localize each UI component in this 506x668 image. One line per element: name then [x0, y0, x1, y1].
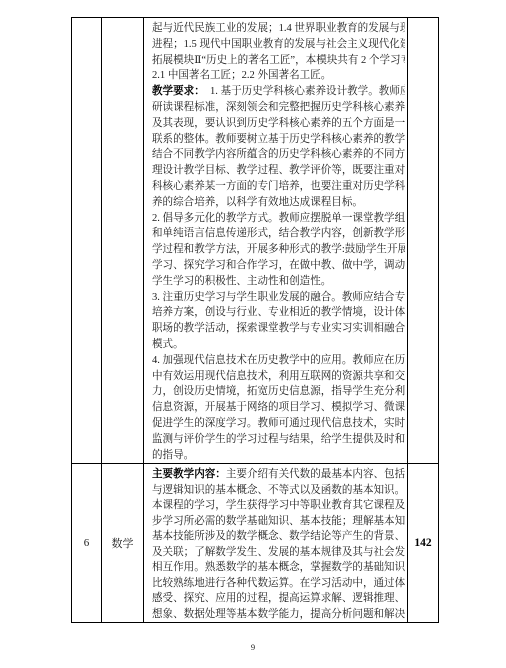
line-text: 联系的整体。教师要树立基于历史学科核心素养的教学理念， — [152, 134, 405, 145]
course-subject: 数学 — [112, 535, 134, 551]
line-text: 2. 倡导多元化的教学方式。教师应摆脱单一课堂教学组织形式 — [152, 213, 405, 224]
line-text: 和单纯语言信息传递形式，结合教学内容，创新教学形式、教 — [152, 228, 405, 239]
line-text: 与逻辑知识的基本概念、不等式以及函数的基本知识。通过 — [152, 485, 405, 496]
course-content-cell: 起与近代民族工业的发展；1.4 世界职业教育的发展与现代化 进程；1.5 现代中… — [144, 18, 408, 464]
bold-label: 主要教学内容： — [152, 469, 226, 480]
line-text: 及关联；了解数学发生、发展的基本规律及其与社会发展的 — [152, 547, 405, 558]
course-number-cell: 6 — [72, 464, 102, 623]
text-line: 和单纯语言信息传递形式，结合教学内容，创新教学形式、教 — [152, 226, 405, 242]
line-text: 中有效运用现代信息技术，利用互联网的资源共享和交互能 — [152, 371, 405, 382]
line-text: 本课程的学习，学生获得学习中等职业教育其它课程及进一 — [152, 500, 405, 511]
line-text: 研读课程标准，深刻领会和完整把握历史学科核心素养的内涵 — [152, 102, 405, 113]
text-line: 2.1 中国著名工匠；2.2 外国著名工匠。 — [152, 68, 405, 84]
line-text: 模式。 — [152, 339, 184, 350]
text-line: 基本技能所涉及的数学概念、数学结论等产生的背景、应用 — [152, 529, 405, 545]
text-line: 力，创设历史情境，拓宽历史信息源，指导学生充分利用各种 — [152, 384, 405, 400]
course-hours-cell: 142 — [408, 464, 439, 623]
text-line: 进程；1.5 现代中国职业教育的发展与社会主义现代化建设。 — [152, 37, 405, 53]
text-line: 与逻辑知识的基本概念、不等式以及函数的基本知识。通过 — [152, 483, 405, 499]
line-text: 科核心素养某一方面的专门培养，也要注重对历史学科核心素 — [152, 181, 405, 192]
text-line: 2. 倡导多元化的教学方式。教师应摆脱单一课堂教学组织形式 — [152, 211, 405, 227]
line-text: 信息资源，开展基于网络的项目学习、模拟学习、微课学习， — [152, 402, 405, 413]
text-line: 比较熟练地进行各种代数运算。在学习活动中，通过体验、 — [152, 576, 405, 592]
text-line: 结合不同教学内容所蕴含的历史学科核心素养的不同方面，合 — [152, 147, 405, 163]
text-line: 研读课程标准，深刻领会和完整把握历史学科核心素养的内涵 — [152, 100, 405, 116]
line-text: 的指导。 — [152, 450, 194, 461]
line-text: 学过程和教学方法，开展多种形式的教学:鼓励学生开展自主 — [152, 244, 405, 255]
course-hours-cell — [408, 18, 439, 464]
line-text: 基本技能所涉及的数学概念、数学结论等产生的背景、应用 — [152, 531, 405, 542]
line-text: 拓展模块Ⅱ“历史上的著名工匠”，本模块共有 2 个学习专题。 — [152, 55, 405, 66]
text-line: 科核心素养某一方面的专门培养，也要注重对历史学科核心素 — [152, 179, 405, 195]
text-line: 教学要求： 1. 基于历史学科核心素养设计教学。教师应认真 — [152, 84, 405, 100]
course-number: 6 — [84, 537, 90, 549]
text-line: 中有效运用现代信息技术，利用互联网的资源共享和交互能 — [152, 369, 405, 385]
line-text: 理设计教学目标、教学过程、教学评价等，既要注重对历史学 — [152, 165, 405, 176]
line-text: 学生学习的积极性、主动性和创造性。 — [152, 276, 331, 287]
text-line: 步学习所必需的数学基础知识、基本技能；理解基本知识、 — [152, 514, 405, 530]
text-line: 促进学生的深度学习。教师可通过现代信息技术，实时、动态 — [152, 416, 405, 432]
line-text: 2.1 中国著名工匠；2.2 外国著名工匠。 — [152, 70, 331, 81]
line-text: 结合不同教学内容所蕴含的历史学科核心素养的不同方面，合 — [152, 149, 405, 160]
line-text: 起与近代民族工业的发展；1.4 世界职业教育的发展与现代化 — [152, 23, 405, 34]
text-line: 起与近代民族工业的发展；1.4 世界职业教育的发展与现代化 — [152, 21, 405, 37]
line-text: 主要介绍有关代数的最基本内容、包括集合 — [226, 469, 405, 480]
line-text: 养的综合培养，以科学有效地达成课程目标。 — [152, 197, 363, 208]
text-line: 想象、数据处理等基本数学能力，提高分析问题和解决问题 — [152, 607, 405, 623]
line-text: 3. 注重历史学习与学生职业发展的融合。教师应结合专业人才 — [152, 292, 405, 303]
line-text: 培养方案，创设与行业、专业相近的教学情境，设计体验未来 — [152, 307, 405, 318]
text-line: 理设计教学目标、教学过程、教学评价等，既要注重对历史学 — [152, 163, 405, 179]
text-line: 养的综合培养，以科学有效地达成课程目标。 — [152, 195, 405, 211]
course-number-cell — [72, 18, 102, 464]
text-line: 监测与评价学生的学习过程与结果，给学生提供及时和针对性 — [152, 432, 405, 448]
document-page: 起与近代民族工业的发展；1.4 世界职业教育的发展与现代化 进程；1.5 现代中… — [0, 0, 506, 668]
text-line: 模式。 — [152, 337, 405, 353]
text-line: 本课程的学习，学生获得学习中等职业教育其它课程及进一 — [152, 498, 405, 514]
text-line: 主要教学内容：主要介绍有关代数的最基本内容、包括集合 — [152, 467, 405, 483]
line-text: 步学习所必需的数学基础知识、基本技能；理解基本知识、 — [152, 516, 405, 527]
text-line: 学习、探究学习和合作学习，在做中教、做中学，调动和发挥 — [152, 258, 405, 274]
line-text: 监测与评价学生的学习过程与结果，给学生提供及时和针对性 — [152, 434, 405, 445]
text-line: 学过程和教学方法，开展多种形式的教学:鼓励学生开展自主 — [152, 242, 405, 258]
course-subject-cell: 数学 — [102, 464, 144, 623]
text-line: 职场的教学活动，探索课堂教学与专业实习实训相融合的教学 — [152, 321, 405, 337]
text-line: 学生学习的积极性、主动性和创造性。 — [152, 274, 405, 290]
text-line: 的指导。 — [152, 448, 405, 464]
line-text: 职场的教学活动，探索课堂教学与专业实习实训相融合的教学 — [152, 323, 405, 334]
course-content-cell: 主要教学内容：主要介绍有关代数的最基本内容、包括集合 与逻辑知识的基本概念、不等… — [144, 464, 408, 623]
course-hours: 142 — [414, 537, 431, 549]
text-line: 感受、探究、应用的过程，提高运算求解、逻辑推理、空间 — [152, 591, 405, 607]
line-text: 促进学生的深度学习。教师可通过现代信息技术，实时、动态 — [152, 418, 405, 429]
line-text: 学习、探究学习和合作学习，在做中教、做中学，调动和发挥 — [152, 260, 405, 271]
text-line: 拓展模块Ⅱ“历史上的著名工匠”，本模块共有 2 个学习专题。 — [152, 53, 405, 69]
line-text: 力，创设历史情境，拓宽历史信息源，指导学生充分利用各种 — [152, 386, 405, 397]
line-text: 想象、数据处理等基本数学能力，提高分析问题和解决问题 — [152, 609, 405, 620]
line-text: 感受、探究、应用的过程，提高运算求解、逻辑推理、空间 — [152, 593, 405, 604]
text-line: 信息资源，开展基于网络的项目学习、模拟学习、微课学习， — [152, 400, 405, 416]
course-subject-cell — [102, 18, 144, 464]
line-text: 4. 加强现代信息技术在历史教学中的应用。教师应在历史教学 — [152, 355, 405, 366]
text-line: 4. 加强现代信息技术在历史教学中的应用。教师应在历史教学 — [152, 353, 405, 369]
text-line: 培养方案，创设与行业、专业相近的教学情境，设计体验未来 — [152, 305, 405, 321]
line-text: 及其表现，要认识到历史学科核心素养的五个方面是一个互相 — [152, 118, 405, 129]
text-line: 联系的整体。教师要树立基于历史学科核心素养的教学理念， — [152, 132, 405, 148]
line-text: 进程；1.5 现代中国职业教育的发展与社会主义现代化建设。 — [152, 39, 405, 50]
line-text: 相互作用。熟悉数学的基本概念，掌握数学的基础知识，并 — [152, 562, 405, 573]
line-text: 比较熟练地进行各种代数运算。在学习活动中，通过体验、 — [152, 578, 405, 589]
text-line: 3. 注重历史学习与学生职业发展的融合。教师应结合专业人才 — [152, 290, 405, 306]
page-number: 9 — [0, 642, 506, 652]
bold-label: 教学要求： — [152, 86, 205, 97]
text-line: 及其表现，要认识到历史学科核心素养的五个方面是一个互相 — [152, 116, 405, 132]
text-line: 及关联；了解数学发生、发展的基本规律及其与社会发展的 — [152, 545, 405, 561]
line-text: 1. 基于历史学科核心素养设计教学。教师应认真 — [205, 86, 405, 97]
text-line: 相互作用。熟悉数学的基本概念，掌握数学的基础知识，并 — [152, 560, 405, 576]
course-table: 起与近代民族工业的发展；1.4 世界职业教育的发展与现代化 进程；1.5 现代中… — [71, 17, 439, 623]
